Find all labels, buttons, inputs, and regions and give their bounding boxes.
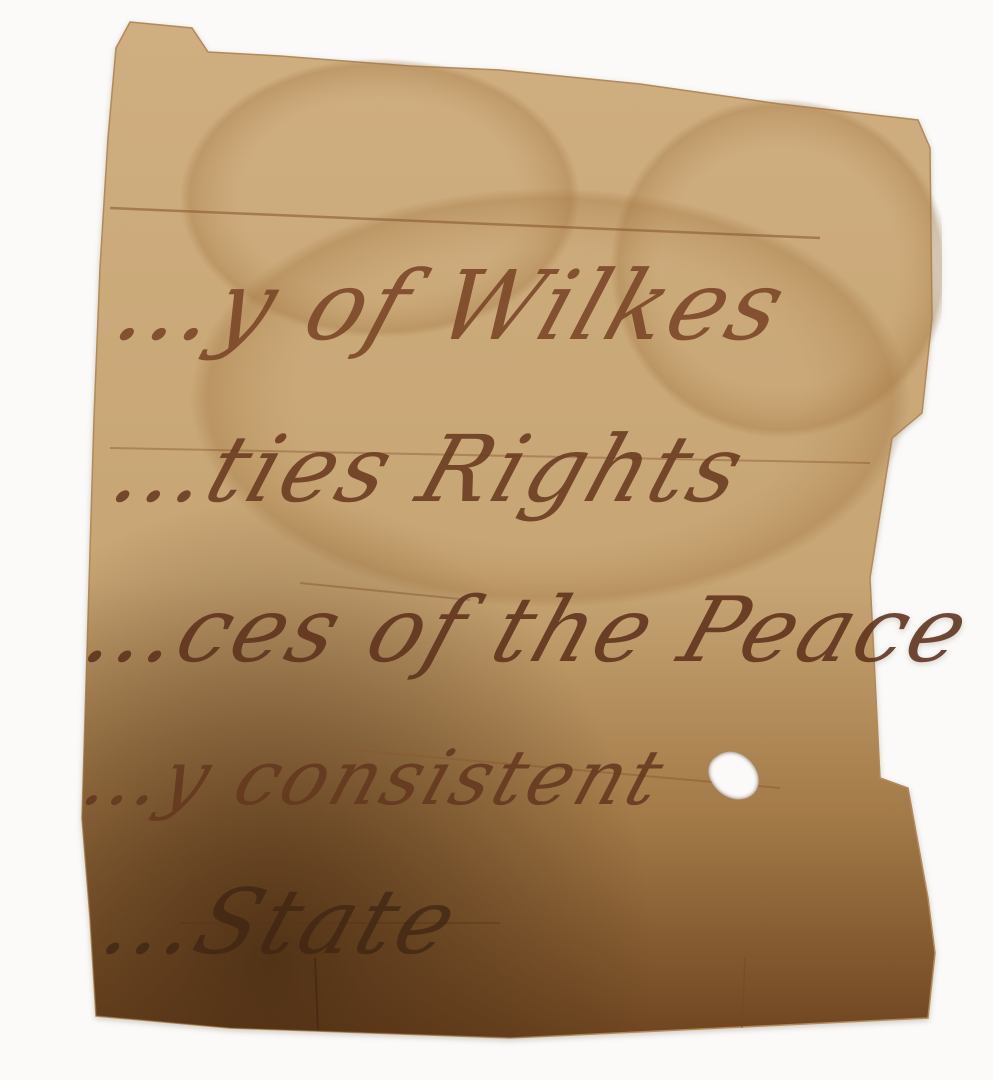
script-line-5: …State [89, 870, 472, 975]
script-line-2: …ties Rights [99, 416, 760, 523]
script-line-4: …y consistent [72, 733, 678, 822]
script-line-1: …y of Wilkes [102, 250, 802, 362]
manuscript-fragment: …y of Wilkes …ties Rights …ces of the Pe… [80, 18, 942, 1040]
script-line-3: …ces of the Peace [71, 578, 984, 683]
